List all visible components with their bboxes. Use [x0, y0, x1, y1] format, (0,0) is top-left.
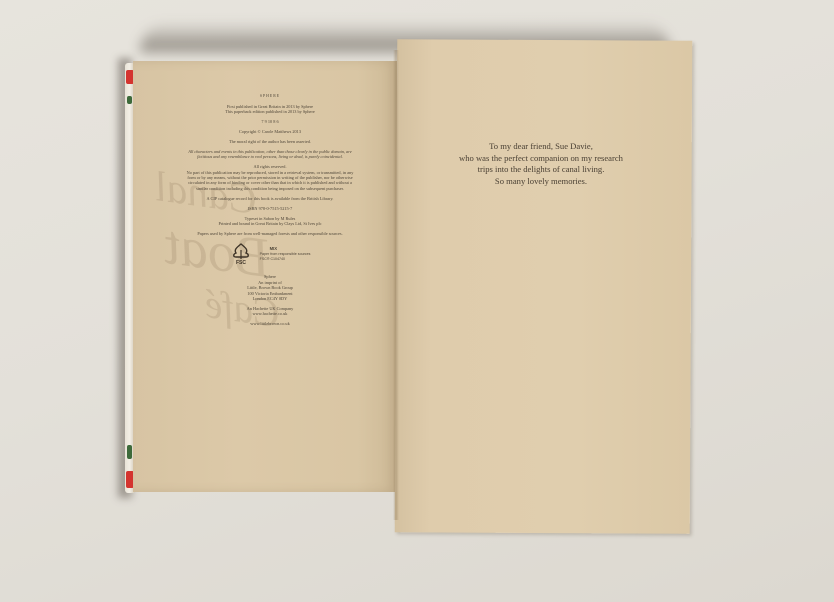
papers-line: Papers used by Sphere are from well-mana… [185, 231, 355, 236]
dedication-line: So many lovely memories. [430, 176, 652, 188]
fsc-tree-logo-icon: FSC [230, 242, 252, 266]
fsc-paper-from: Paper from responsible sources [260, 252, 311, 257]
cover-green-accent-top [127, 96, 132, 104]
rights-text: No part of this publication may be repro… [185, 170, 355, 192]
dedication-line: trips into the delights of canal living. [430, 164, 652, 176]
dedication-line: who was the perfect companion on my rese… [430, 153, 652, 165]
dedication: To my dear friend, Sue Davie, who was th… [430, 141, 652, 187]
dedication-line: To my dear friend, Sue Davie, [430, 141, 652, 153]
cip-record: A CIP catalogue record for this book is … [185, 196, 355, 201]
publisher-header: SPHERE [185, 94, 355, 99]
isbn: ISBN 978-0-7515-5215-7 [185, 206, 355, 211]
cover-green-accent-bottom [127, 445, 132, 459]
copyright-page-text: SPHERE First published in Great Britain … [185, 94, 355, 331]
svg-text:FSC: FSC [236, 260, 246, 266]
publisher-city: London EC4Y 0DY [185, 296, 355, 301]
paperback-edition: This paperback edition published in 2013… [185, 109, 355, 114]
book-gutter [393, 50, 399, 520]
printed-line: Printed and bound in Great Britain by Cl… [185, 221, 355, 226]
hachette-url: www.hachette.co.uk [185, 311, 355, 316]
print-line: 7 9 10 8 6 [185, 119, 355, 124]
copyright-line: Copyright © Carole Matthews 2013 [185, 129, 355, 134]
fsc-certification: FSC MIX Paper from responsible sources F… [185, 242, 355, 266]
littlebrown-url: www.littlebrown.co.uk [185, 321, 355, 326]
fiction-disclaimer: All characters and events in this public… [185, 149, 355, 160]
right-page [395, 39, 693, 534]
fsc-code: FSC® C104740 [260, 257, 311, 262]
moral-rights: The moral right of the author has been a… [185, 139, 355, 144]
